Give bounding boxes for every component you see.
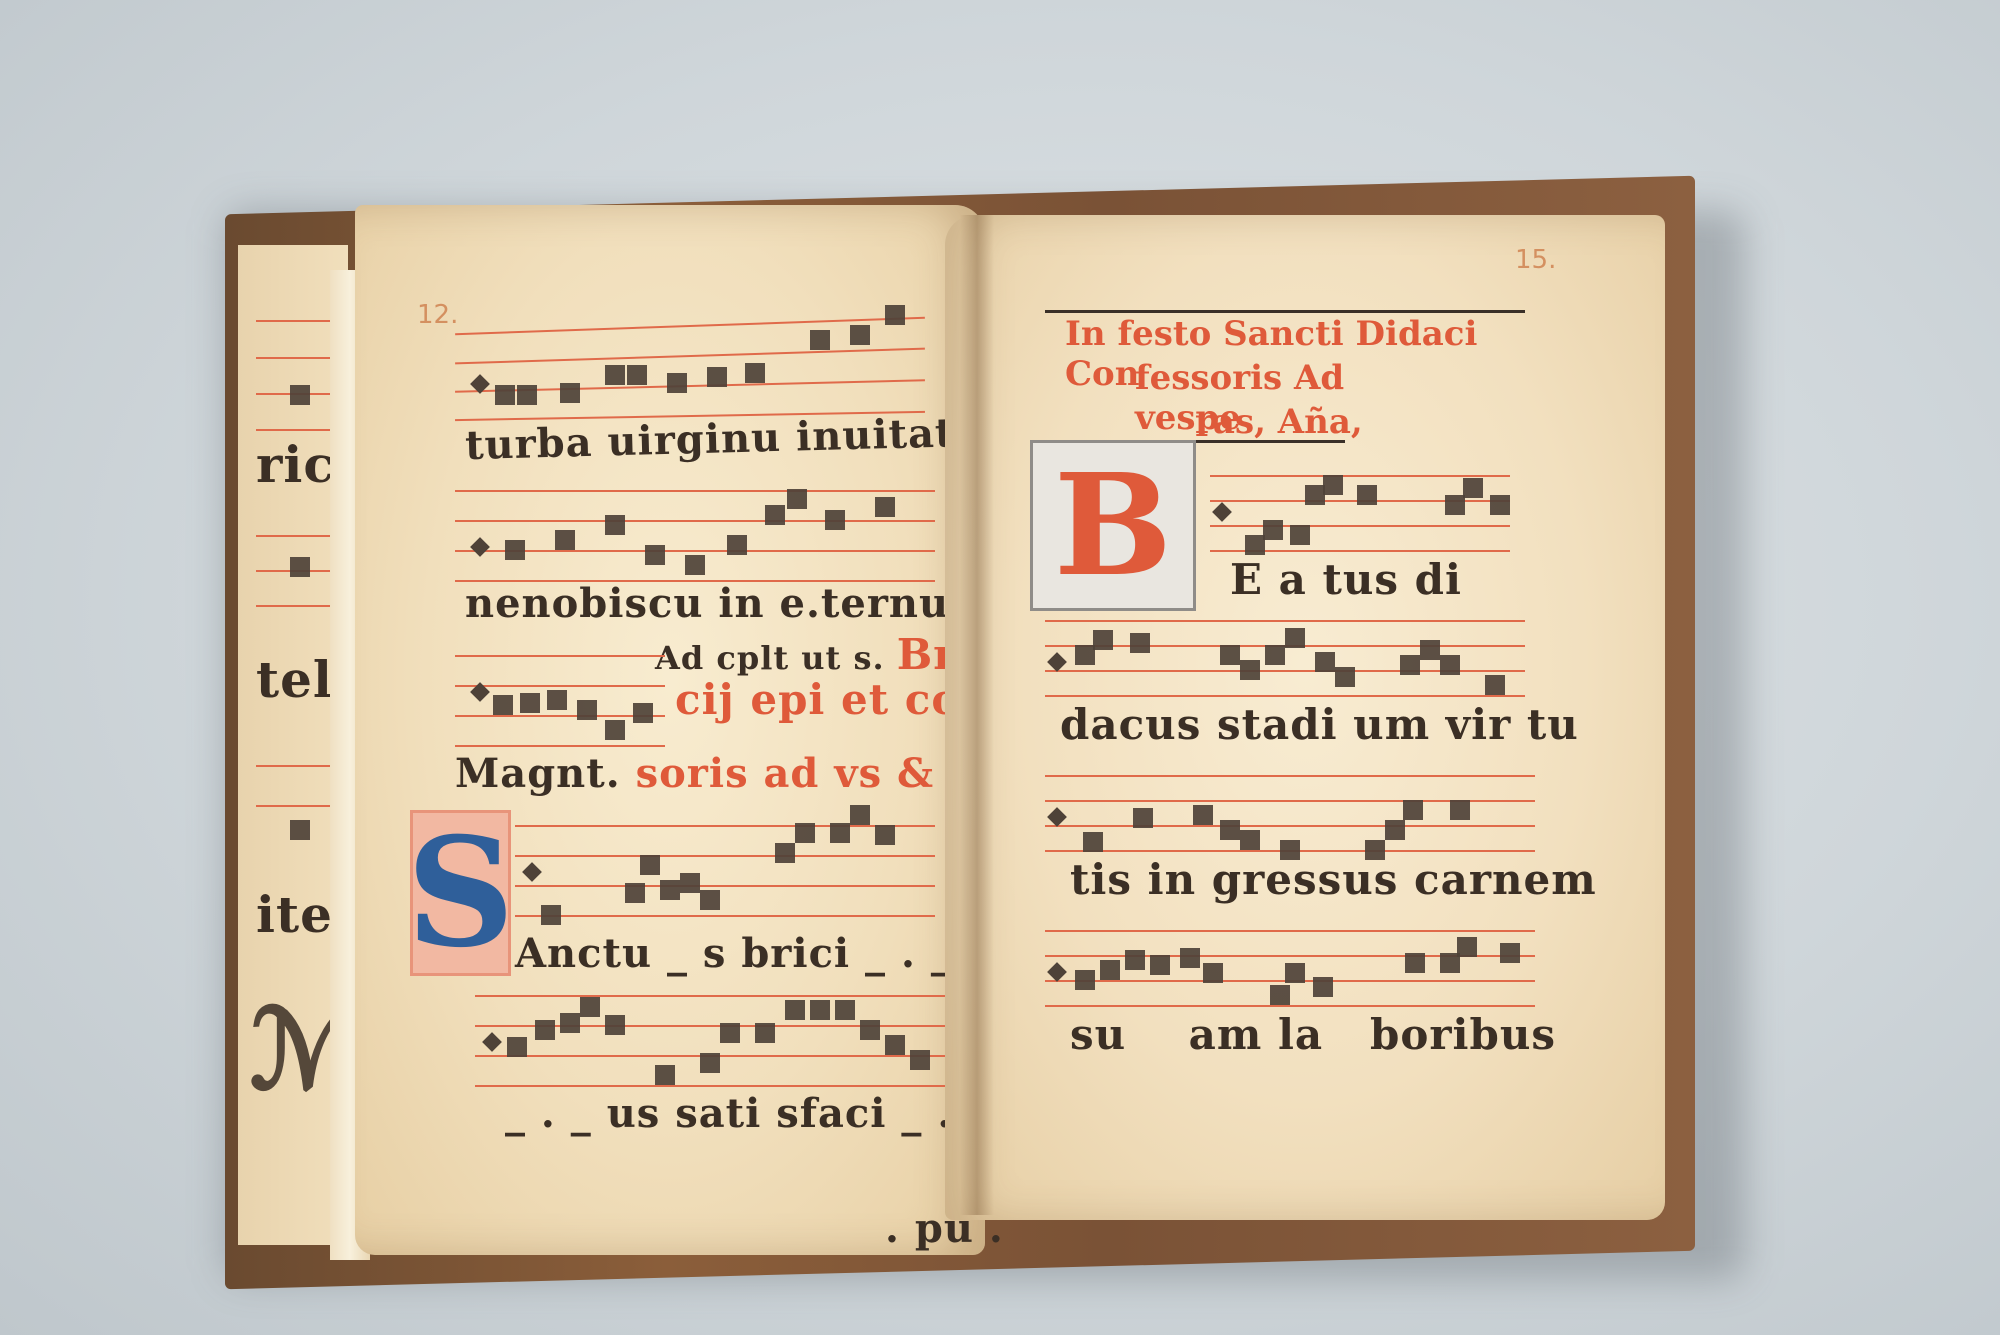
note <box>745 363 765 383</box>
note <box>633 703 653 723</box>
note <box>1405 953 1425 973</box>
note <box>1403 800 1423 820</box>
note <box>850 805 870 825</box>
note <box>555 530 575 550</box>
note <box>1315 652 1335 672</box>
note <box>700 1053 720 1073</box>
staff-line <box>475 995 945 997</box>
note <box>1100 960 1120 980</box>
staff-line <box>475 1085 945 1087</box>
note <box>1240 660 1260 680</box>
staff-line <box>515 915 935 917</box>
note <box>785 1000 805 1020</box>
note <box>605 365 625 385</box>
chant-text-line: E a tus di <box>1230 555 1462 604</box>
note <box>1285 628 1305 648</box>
staff-line <box>1045 695 1525 697</box>
note <box>1125 950 1145 970</box>
chant-text-line: su am la boribus <box>1070 1010 1556 1059</box>
note <box>1220 645 1240 665</box>
note <box>825 510 845 530</box>
note <box>1485 675 1505 695</box>
note <box>1385 820 1405 840</box>
right-page: 15. In festo Sancti Didaci Con fessoris … <box>945 215 1665 1220</box>
note <box>835 1000 855 1020</box>
note <box>1180 948 1200 968</box>
note <box>1240 830 1260 850</box>
note <box>810 1000 830 1020</box>
rubric-line-3: ras, Aña, <box>1195 402 1395 442</box>
note <box>795 823 815 843</box>
note <box>1133 808 1153 828</box>
staff-line <box>515 825 935 827</box>
note <box>560 1013 580 1033</box>
note <box>541 905 561 925</box>
clef-icon <box>482 1032 502 1052</box>
note <box>810 330 830 350</box>
staff-line <box>515 855 935 857</box>
clef-icon <box>470 537 490 557</box>
note <box>1245 535 1265 555</box>
staff-line <box>1210 475 1510 477</box>
note <box>547 690 567 710</box>
note <box>495 385 515 405</box>
note <box>910 1050 930 1070</box>
chant-text-line: Anctu _ s brici _ . _ <box>515 930 952 977</box>
note <box>1305 485 1325 505</box>
staff-line <box>455 520 935 522</box>
staff-line <box>1045 930 1535 932</box>
note <box>1285 963 1305 983</box>
initial-letter: B <box>1054 456 1172 596</box>
note <box>755 1023 775 1043</box>
note <box>1075 970 1095 990</box>
staff-line <box>515 885 935 887</box>
staff-line <box>455 490 935 492</box>
note <box>707 367 727 387</box>
note <box>1450 800 1470 820</box>
note <box>850 325 870 345</box>
note <box>1083 832 1103 852</box>
note <box>885 1035 905 1055</box>
staff-line <box>1045 620 1525 622</box>
note <box>655 1065 675 1085</box>
note <box>685 555 705 575</box>
note <box>1500 943 1520 963</box>
illuminated-initial: B <box>1030 440 1196 611</box>
note <box>660 880 680 900</box>
note <box>290 820 310 840</box>
note <box>625 883 645 903</box>
chant-text: nenobiscu in e.ternu. <box>465 580 964 627</box>
note <box>1400 655 1420 675</box>
fragment-text: ric <box>256 435 335 494</box>
note <box>1193 805 1213 825</box>
chant-text-line: nenobiscu in e.ternu.ps <box>465 580 1017 627</box>
note <box>507 1037 527 1057</box>
note <box>1420 640 1440 660</box>
note <box>1457 937 1477 957</box>
note <box>1203 963 1223 983</box>
note <box>1463 478 1483 498</box>
note <box>290 557 310 577</box>
note <box>775 843 795 863</box>
staff-line <box>1210 525 1510 527</box>
staff-line <box>455 550 935 552</box>
staff-line <box>455 685 665 687</box>
note <box>830 823 850 843</box>
illuminated-initial: S <box>410 810 511 976</box>
note <box>680 873 700 893</box>
staff-line <box>1045 775 1535 777</box>
chant-text: Ad cplt ut s. <box>655 639 885 677</box>
chant-text: Magnt. <box>455 750 621 797</box>
note <box>885 305 905 325</box>
note <box>1440 655 1460 675</box>
note <box>1313 977 1333 997</box>
note <box>520 693 540 713</box>
clef-icon <box>522 862 542 882</box>
page-number: 12. <box>417 300 458 330</box>
note <box>577 700 597 720</box>
staff-line <box>455 348 925 365</box>
clef-icon <box>1047 962 1067 982</box>
staff-line <box>455 745 665 747</box>
initial-letter: S <box>406 818 514 968</box>
note <box>580 997 600 1017</box>
note <box>605 720 625 740</box>
note <box>1323 475 1343 495</box>
note <box>1335 667 1355 687</box>
note <box>560 383 580 403</box>
staff-line <box>1045 1005 1535 1007</box>
chant-text-line: Ad cplt ut s. Bri <box>655 630 973 679</box>
clef-icon <box>1047 652 1067 672</box>
chant-text-line: tis in gressus carnem <box>1070 855 1597 904</box>
note <box>645 545 665 565</box>
note <box>627 365 647 385</box>
left-page: 12. turba uirginu inuitat m nenobiscu in… <box>355 205 985 1255</box>
fragment-text: tel <box>256 650 333 709</box>
note <box>727 535 747 555</box>
note <box>667 373 687 393</box>
note <box>290 385 310 405</box>
note <box>875 825 895 845</box>
note <box>1093 630 1113 650</box>
chant-text-line: Magnt. soris ad vs & <box>455 750 934 797</box>
note <box>720 1023 740 1043</box>
note <box>787 489 807 509</box>
staff-line <box>455 655 665 657</box>
note <box>605 1015 625 1035</box>
note <box>700 890 720 910</box>
note <box>1263 520 1283 540</box>
note <box>493 695 513 715</box>
note <box>605 515 625 535</box>
note <box>1270 985 1290 1005</box>
note <box>505 540 525 560</box>
note <box>1150 955 1170 975</box>
chant-text-line: dacus stadi um vir tu <box>1060 700 1579 749</box>
page-number: 15. <box>1515 245 1556 275</box>
note <box>1290 525 1310 545</box>
note <box>640 855 660 875</box>
note <box>1220 820 1240 840</box>
note <box>1445 495 1465 515</box>
note <box>1490 495 1510 515</box>
rubric-heading: In festo Sancti Didaci Con fessoris Ad v… <box>1045 310 1525 440</box>
book-gutter <box>960 215 994 1215</box>
rubric-text: soris ad vs & <box>636 750 935 797</box>
note <box>1130 633 1150 653</box>
rubric-border <box>1185 440 1345 443</box>
note <box>765 505 785 525</box>
staff-line <box>1045 825 1535 827</box>
note <box>875 497 895 517</box>
note <box>860 1020 880 1040</box>
note <box>1075 645 1095 665</box>
note <box>535 1020 555 1040</box>
clef-icon <box>1212 502 1232 522</box>
note <box>517 385 537 405</box>
note <box>1265 645 1285 665</box>
fragment-text: ite <box>256 885 333 944</box>
note <box>1357 485 1377 505</box>
clef-icon <box>1047 807 1067 827</box>
